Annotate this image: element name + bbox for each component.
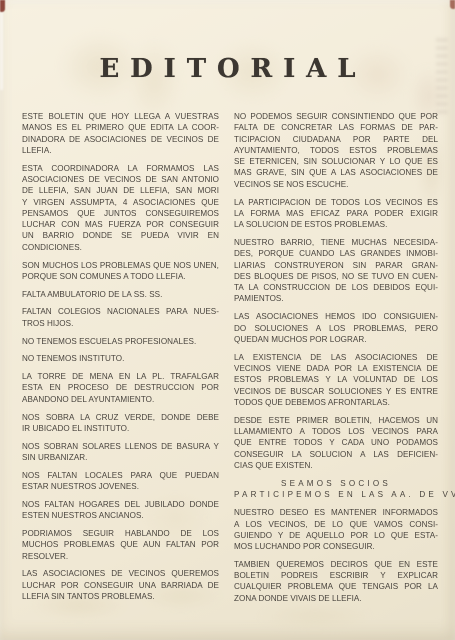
text-line: MAS GRAVE, SIN QUE A LAS ASOCIACIONES DE (234, 167, 438, 178)
text-line: ESTE BOLETIN QUE HOY LLEGA A VUESTRAS (22, 111, 219, 122)
paragraph: PODRIAMOS SEGUIR HABLANDO DE LOSMUCHOS P… (22, 528, 219, 562)
text-line: CONDICIONES. (22, 242, 219, 253)
text-line: SIN URBANIZAR. (22, 452, 219, 463)
text-line: A LOS VECINOS, DE LO QUE VAMOS CONSI- (234, 519, 438, 530)
text-line: CIAS QUE EXISTEN. (234, 460, 438, 471)
text-line: DE LLEFIA, SAN JUAN DE LLEFIA, SAN MORI (22, 185, 219, 196)
text-line: MOS LUCHANDO POR CONSEGUIR. (234, 541, 438, 552)
text-line: PODRIAMOS SEGUIR HABLANDO DE LOS (22, 528, 219, 539)
text-line: LA PARTICIPACION DE TODOS LOS VECINOS ES (234, 197, 438, 208)
red-corner-mark-right (450, 0, 455, 9)
text-line: QUE ENTRE TODOS Y CADA UNO PODAMOS (234, 437, 438, 448)
text-line: RESOLVER. (22, 551, 219, 562)
editorial-column-right: NO PODEMOS SEGUIR CONSINTIENDO QUE PORFA… (234, 111, 438, 611)
text-line: LLAMAMIENTO A TODOS LOS VECINOS PARA (234, 426, 438, 437)
paragraph: FALTA AMBULATORIO DE LA SS. SS. (22, 289, 219, 300)
paragraph: FALTAN COLEGIOS NACIONALES PARA NUES-TRO… (22, 306, 219, 329)
text-line: DES BLOQUES DE PISOS, NO SE TUVO EN CUEN… (234, 271, 438, 282)
text-line: DO SOLUCIONES A LOS PROBLEMAS, PERO (234, 323, 438, 334)
text-line: NUESTRO BARRIO, TIENE MUCHAS NECESIDA- (234, 237, 438, 248)
paragraph: NOS FALTAN HOGARES DEL JUBILADO DONDEEST… (22, 499, 219, 522)
text-line: PENSAMOS QUE JUNTOS CONSEGUIREMOS (22, 208, 219, 219)
text-line: LLEFIA. (22, 145, 219, 156)
text-line: LA FORMA MAS EFICAZ PARA PODER EXIGIR (234, 208, 438, 219)
text-line: GUIENDO Y DE AQUELLO POR LO QUE ESTA- (234, 530, 438, 541)
paragraph: LAS ASOCIACIONES HEMOS IDO CONSIGUIEN-DO… (234, 311, 438, 345)
text-line: BOLETIN PODREIS ESCRIBIR Y EXPLICAR (234, 570, 438, 581)
text-line: NOS FALTAN LOCALES PARA QUE PUEDAN (22, 470, 219, 481)
text-line: PORQUE SON COMUNES A TODO LLEFIA. (22, 271, 219, 282)
paragraph: NO PODEMOS SEGUIR CONSINTIENDO QUE PORFA… (234, 111, 438, 190)
text-line: MANOS ES EL PRIMERO QUE EDITA LA COOR- (22, 122, 219, 133)
text-line: NO TENEMOS INSTITUTO. (22, 353, 219, 364)
text-line: IR UBICADO EL INSTITUTO. (22, 423, 219, 434)
text-line: NOS FALTAN HOGARES DEL JUBILADO DONDE (22, 499, 219, 510)
text-line: TA LA CONSTRUCCION DE LOS DEBIDOS EQUI- (234, 282, 438, 293)
paragraph: SON MUCHOS LOS PROBLEMAS QUE NOS UNEN,PO… (22, 260, 219, 283)
text-line: FALTA DE CONCRETAR LAS FORMAS DE PAR- (234, 122, 438, 133)
text-line: LLEFIA SIN TANTOS PROBLEMAS. (22, 591, 219, 602)
paragraph: ESTA COORDINADORA LA FORMAMOS LASASOCIAC… (22, 163, 219, 253)
text-line: PARTICIPEMOS EN LAS AA. DE VV. (234, 489, 438, 500)
slogan-paragraph: SEAMOS SOCIOSPARTICIPEMOS EN LAS AA. DE … (234, 478, 438, 501)
text-line: FALTA AMBULATORIO DE LA SS. SS. (22, 289, 219, 300)
paragraph: LA TORRE DE MENA EN LA PL. TRAFALGARESTA… (22, 371, 219, 405)
text-line: DES, PORQUE CUANDO LAS GRANDES INMOBI- (234, 248, 438, 259)
text-line: SEAMOS SOCIOS (234, 478, 438, 489)
text-line: Y VIRGEN ASSUMPTA, 4 ASOCIACIONES QUE (22, 197, 219, 208)
text-line: ESTOS PROBLEMAS Y LA VOLUNTAD DE LOS (234, 374, 438, 385)
text-line: PAMIENTOS. (234, 293, 438, 304)
text-line: SON MUCHOS LOS PROBLEMAS QUE NOS UNEN, (22, 260, 219, 271)
text-line: ABANDONO DEL AYUNTAMIENTO. (22, 394, 219, 405)
text-line: ESTA EN PROCESO DE DESTRUCCION POR (22, 382, 219, 393)
text-line: LUCHAR CON MAS FUERZA POR CONSEGUIR (22, 219, 219, 230)
text-line: ASOCIACIONES DE VECINOS DE SAN ANTONIO (22, 174, 219, 185)
text-line: CONSEGUIR LA SOLUCION A LAS DEFICIEN- (234, 449, 438, 460)
paragraph: NUESTRO BARRIO, TIENE MUCHAS NECESIDA-DE… (234, 237, 438, 305)
text-line: LAS ASOCIACIONES DE VECINOS QUEREMOS (22, 568, 219, 579)
paragraph: NOS SOBRA LA CRUZ VERDE, DONDE DEBEIR UB… (22, 412, 219, 435)
text-line: VECINOS DE BUSCAR SOLUCIONES Y ES ENTRE (234, 386, 438, 397)
paragraph: NOS SOBRAN SOLARES LLENOS DE BASURA YSIN… (22, 441, 219, 464)
paragraph: LA PARTICIPACION DE TODOS LOS VECINOS ES… (234, 197, 438, 231)
text-line: CUALQUIER PROBLEMA QUE TENGAIS POR LA (234, 581, 438, 592)
text-line: TICIPACION CIUDADANA POR PARTE DEL (234, 134, 438, 145)
text-line: NOS SOBRA LA CRUZ VERDE, DONDE DEBE (22, 412, 219, 423)
text-line: TROS HIJOS. (22, 318, 219, 329)
text-line: NOS SOBRAN SOLARES LLENOS DE BASURA Y (22, 441, 219, 452)
text-line: LIARIAS CONSTRUYERON SIN PARAR GRAN- (234, 260, 438, 271)
text-line: LA TORRE DE MENA EN LA PL. TRAFALGAR (22, 371, 219, 382)
text-line: TAMBIEN QUEREMOS DECIROS QUE EN ESTE (234, 559, 438, 570)
text-line: NO PODEMOS SEGUIR CONSINTIENDO QUE POR (234, 111, 438, 122)
text-line: MUCHOS PROBLEMAS QUE AUN FALTAN POR (22, 539, 219, 550)
text-line: SE ETERNICEN, SIN SOLUCIONAR Y LO QUE ES (234, 156, 438, 167)
paragraph: TAMBIEN QUEREMOS DECIROS QUE EN ESTEBOLE… (234, 559, 438, 604)
text-line: DESDE ESTE PRIMER BOLETIN, HACEMOS UN (234, 415, 438, 426)
text-line: LAS ASOCIACIONES HEMOS IDO CONSIGUIEN- (234, 311, 438, 322)
text-line: DINADORA DE ASOCIACIONES DE VECINOS DE (22, 134, 219, 145)
text-line: ESTEN NUESTROS ANCIANOS. (22, 510, 219, 521)
paragraph: ESTE BOLETIN QUE HOY LLEGA A VUESTRASMAN… (22, 111, 219, 156)
paragraph: NO TENEMOS ESCUELAS PROFESIONALES. (22, 336, 219, 347)
text-line: LA EXISTENCIA DE LAS ASOCIACIONES DE (234, 352, 438, 363)
text-line: ESTA COORDINADORA LA FORMAMOS LAS (22, 163, 219, 174)
paragraph: LAS ASOCIACIONES DE VECINOS QUEREMOSLUCH… (22, 568, 219, 602)
text-line: UN BARRIO DONDE SE PUEDA VIVIR EN (22, 230, 219, 241)
text-line: LUCHAR POR CONSEGUIR UNA BARRIADA DE (22, 580, 219, 591)
text-line: NUESTRO DESEO ES MANTENER INFORMADOS (234, 507, 438, 518)
text-line: ESTAR NUESTROS JOVENES. (22, 481, 219, 492)
paragraph: NOS FALTAN LOCALES PARA QUE PUEDANESTAR … (22, 470, 219, 493)
paragraph: DESDE ESTE PRIMER BOLETIN, HACEMOS UNLLA… (234, 415, 438, 471)
scanned-bulletin-page: EDITORIAL ESTE BOLETIN QUE HOY LLEGA A V… (0, 0, 455, 640)
page-title: EDITORIAL (0, 54, 455, 84)
text-line: QUEDAN MUCHOS POR LOGRAR. (234, 334, 438, 345)
text-line: TODOS QUE DEBEMOS AFRONTARLAS. (234, 397, 438, 408)
paragraph: LA EXISTENCIA DE LAS ASOCIACIONES DEVECI… (234, 352, 438, 408)
text-line: FALTAN COLEGIOS NACIONALES PARA NUES- (22, 306, 219, 317)
editorial-column-left: ESTE BOLETIN QUE HOY LLEGA A VUESTRASMAN… (22, 111, 219, 609)
text-line: LA SOLUCION DE ESTOS PROBLEMAS. (234, 219, 438, 230)
paragraph: NO TENEMOS INSTITUTO. (22, 353, 219, 364)
text-line: ZONA DONDE VIVAIS DE LLEFIA. (234, 593, 438, 604)
text-line: AYUNTAMIENTO, TODOS ESTOS PROBLEMAS (234, 145, 438, 156)
paragraph: NUESTRO DESEO ES MANTENER INFORMADOSA LO… (234, 507, 438, 552)
text-line: NO TENEMOS ESCUELAS PROFESIONALES. (22, 336, 219, 347)
text-line: VECINOS SE NOS ESCUCHE. (234, 179, 438, 190)
text-line: VECINOS VIENE DADA POR LA EXISTENCIA DE (234, 363, 438, 374)
